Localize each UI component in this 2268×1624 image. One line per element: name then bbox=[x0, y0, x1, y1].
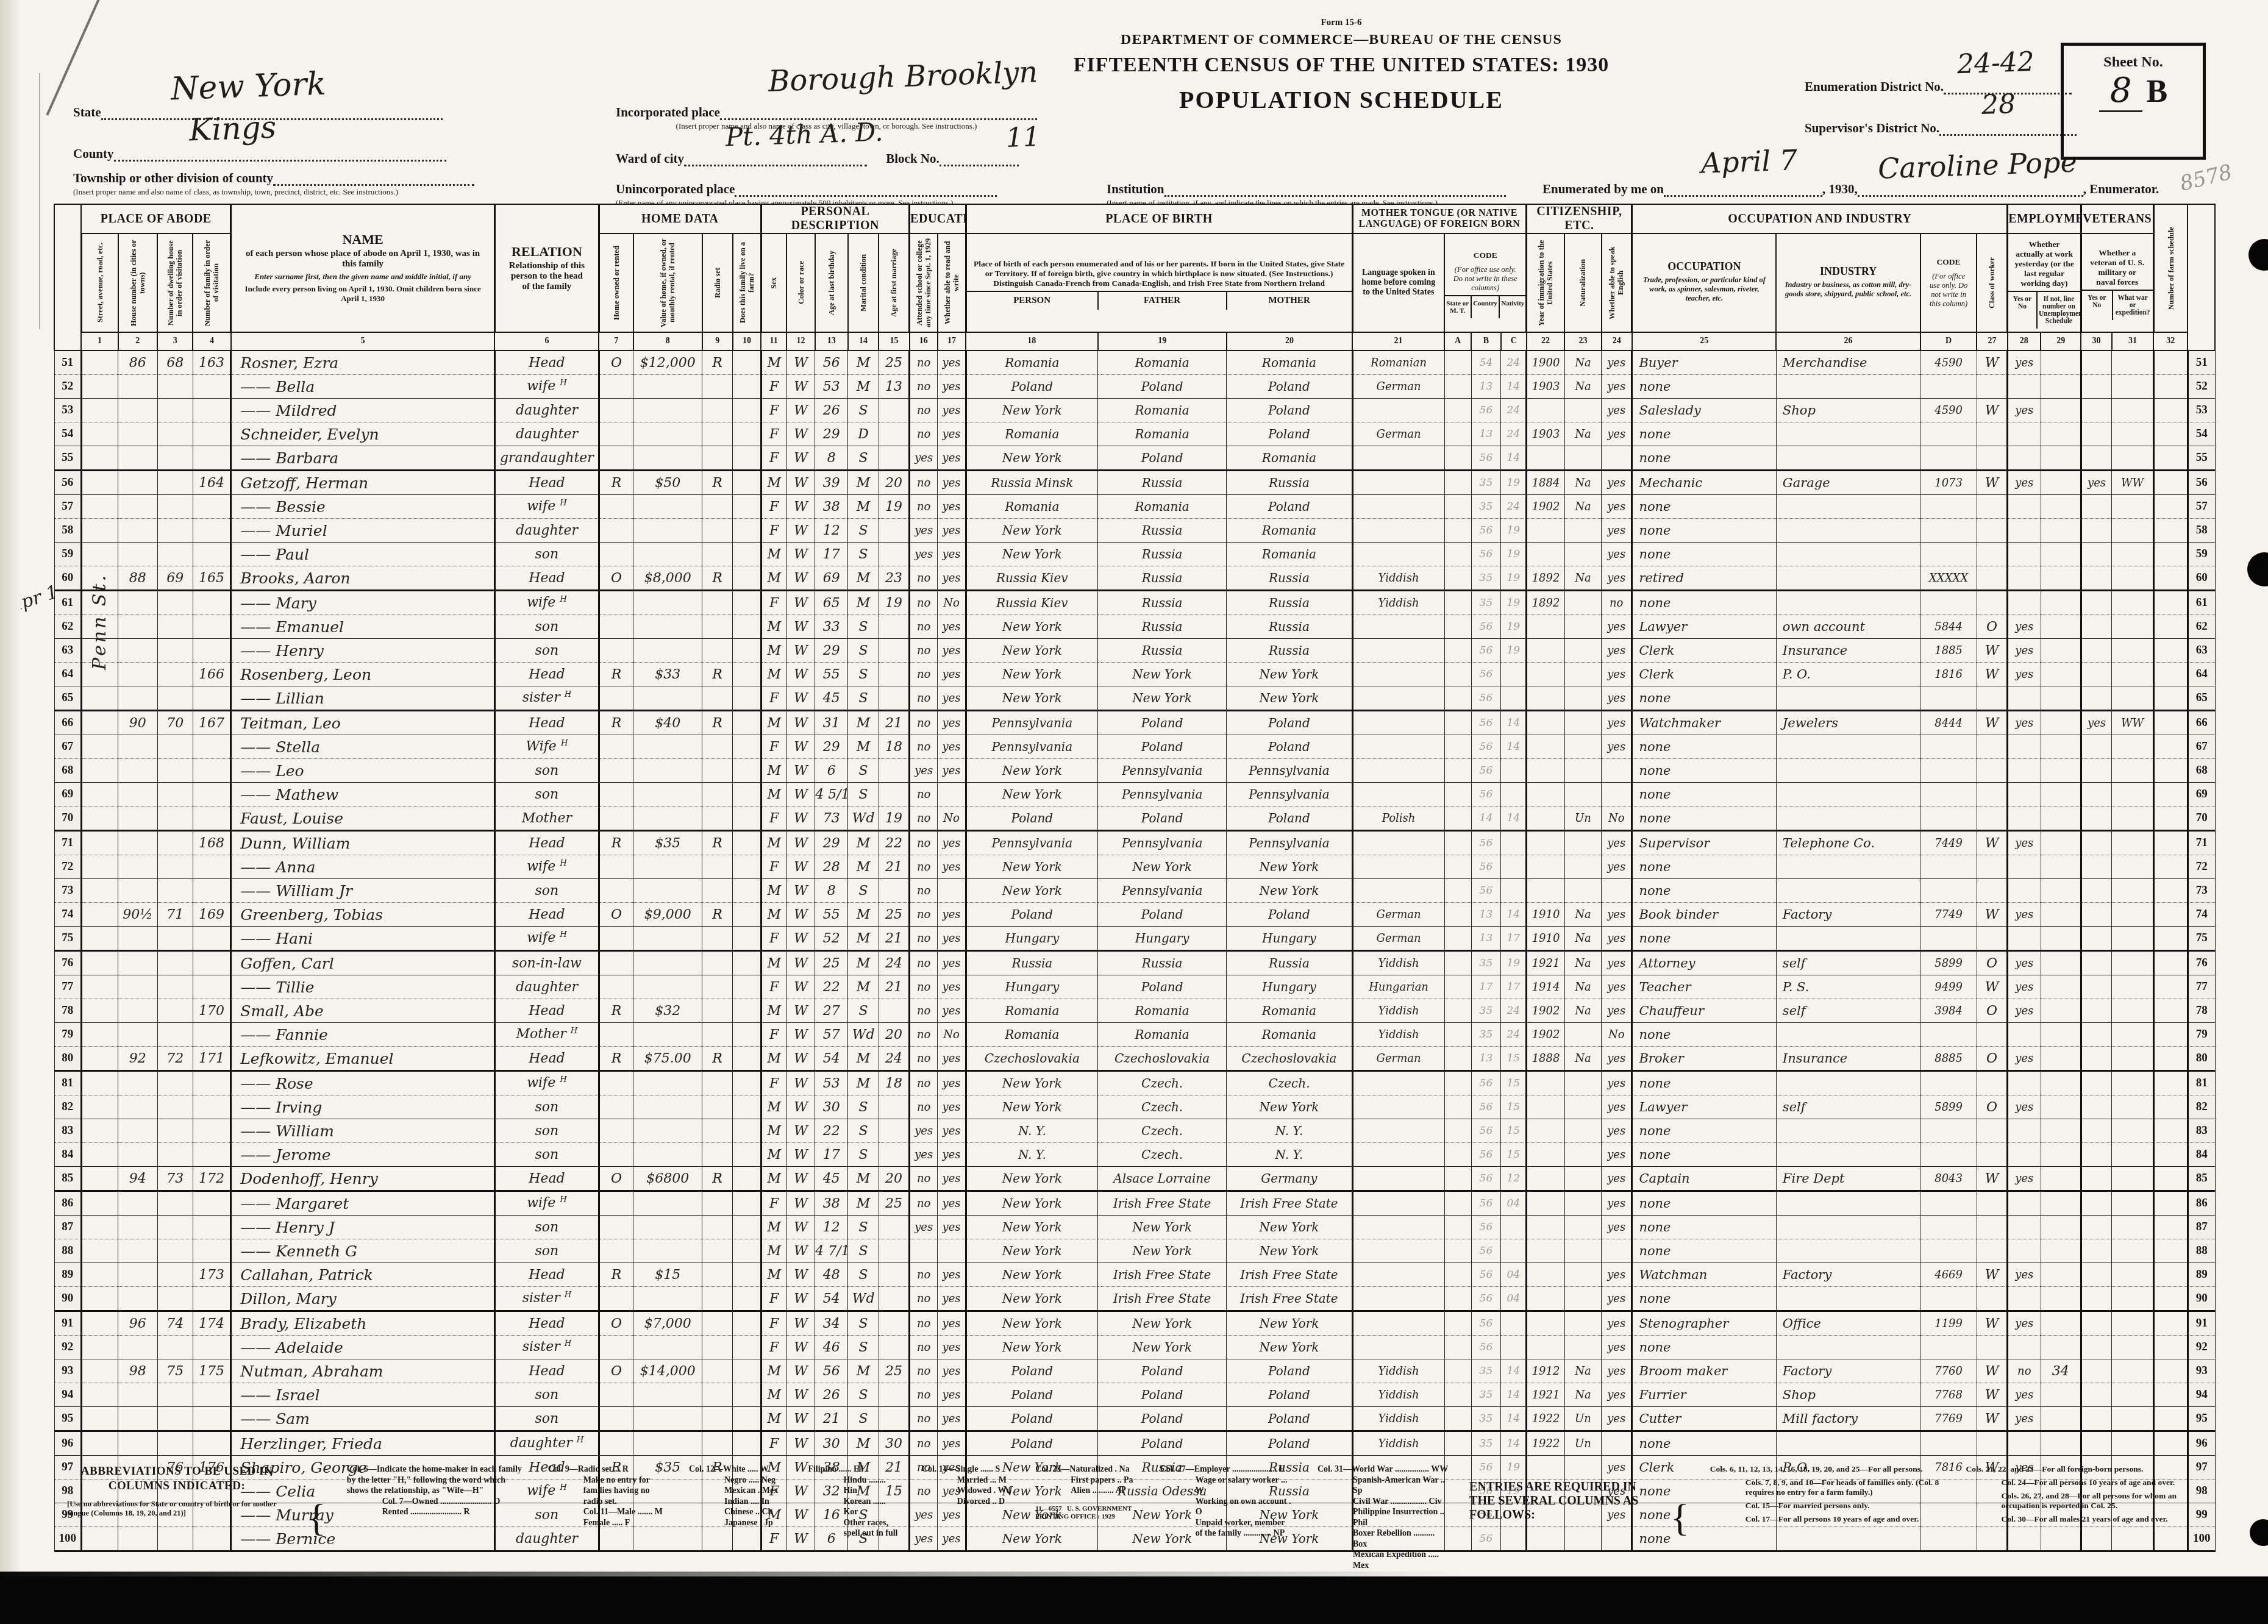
cell-read-write: yes bbox=[938, 543, 966, 566]
line-number: 94 bbox=[54, 1383, 81, 1407]
cell-war bbox=[2112, 927, 2153, 951]
cell-code-b: 56 bbox=[1471, 615, 1500, 639]
cell-war bbox=[2112, 1287, 2153, 1311]
cell-code-b: 35 bbox=[1471, 566, 1500, 591]
cell-house-number bbox=[118, 1239, 157, 1263]
cell-birthplace: New York bbox=[966, 1167, 1097, 1191]
cell-war bbox=[2112, 686, 2153, 711]
cell-code-c: 12 bbox=[1501, 1167, 1527, 1191]
cell-code-b: 56 bbox=[1471, 399, 1500, 422]
cell-street bbox=[81, 1191, 118, 1216]
cell-farm bbox=[733, 1191, 761, 1216]
cell-age: 22 bbox=[815, 975, 848, 999]
cell-farm bbox=[733, 807, 761, 831]
cell-naturalization bbox=[1564, 591, 1601, 615]
cell-code-c: 14 bbox=[1501, 735, 1527, 759]
cell-sex: M bbox=[761, 639, 786, 663]
cell-radio bbox=[702, 639, 733, 663]
cell-father-birthplace: Romania bbox=[1098, 495, 1227, 519]
cell-occupation-code bbox=[1920, 495, 1977, 519]
cell-relation: daughter bbox=[494, 399, 599, 422]
cell-speaks-english: yes bbox=[1602, 1287, 1632, 1311]
cell-age: 38 bbox=[815, 495, 848, 519]
cell-code-a bbox=[1444, 663, 1471, 686]
cell-marital: S bbox=[848, 759, 879, 783]
cell-farm bbox=[733, 1359, 761, 1383]
line-number: 76 bbox=[54, 951, 81, 975]
cell-war bbox=[2112, 1383, 2153, 1407]
line-number: 67 bbox=[54, 735, 81, 759]
cell-code-c bbox=[1501, 1336, 1527, 1359]
cell-code-c: 19 bbox=[1501, 519, 1527, 543]
cell-relation: Head bbox=[494, 831, 599, 855]
cell-worker-class bbox=[1977, 879, 2007, 903]
cell-speaks-english: yes bbox=[1602, 1383, 1632, 1407]
cell-relation: wife H bbox=[494, 375, 599, 399]
cell-family-number bbox=[193, 783, 230, 807]
cell-school: no bbox=[910, 471, 938, 495]
cell-veteran bbox=[2081, 1216, 2111, 1239]
cell-sex: M bbox=[761, 999, 786, 1023]
cell-school: no bbox=[910, 663, 938, 686]
cell-farm-schedule bbox=[2153, 1311, 2188, 1336]
cell-family-number: 175 bbox=[193, 1359, 230, 1383]
cell-radio bbox=[702, 1095, 733, 1119]
cell-worker-class: W bbox=[1977, 1407, 2007, 1431]
cell-code-b: 56 bbox=[1471, 1143, 1500, 1167]
cell-dwelling-number: 72 bbox=[157, 1047, 193, 1071]
abbrev-col12b: Filipino ...... FilHindu ........ HinKor… bbox=[808, 1464, 900, 1571]
cell-occupation-code bbox=[1920, 1287, 1977, 1311]
cell-immigration-year bbox=[1527, 735, 1564, 759]
line-number-right: 96 bbox=[2188, 1431, 2215, 1456]
cell-code-b: 56 bbox=[1471, 879, 1500, 903]
cell-naturalization bbox=[1564, 615, 1601, 639]
cell-farm bbox=[733, 422, 761, 446]
cell-birthplace: New York bbox=[966, 399, 1097, 422]
schedule-row-69: 69—— MathewsonMW4 5/12SnoNew YorkPennsyl… bbox=[54, 783, 2215, 807]
cell-home-value: $12,000 bbox=[633, 351, 702, 375]
cell-unemployment-line bbox=[2041, 759, 2081, 783]
cell-naturalization: Un bbox=[1564, 1431, 1601, 1456]
cell-relation: son bbox=[494, 1095, 599, 1119]
cell-at-work: yes bbox=[2008, 903, 2041, 927]
cell-immigration-year bbox=[1527, 759, 1564, 783]
cell-age: 33 bbox=[815, 615, 848, 639]
cell-veteran bbox=[2081, 1143, 2111, 1167]
cell-naturalization bbox=[1564, 759, 1601, 783]
column-number-13: 13 bbox=[815, 332, 848, 351]
schedule-row-55: 55—— BarbaragrandaughterFW8SyesyesNew Yo… bbox=[54, 446, 2215, 471]
cell-home-value bbox=[633, 927, 702, 951]
cell-radio bbox=[702, 1431, 733, 1456]
cell-marital: S bbox=[848, 1119, 879, 1143]
footer-line: Cols. 7, 8, 9, and 10—For heads of famil… bbox=[1710, 1478, 1945, 1497]
footer-line: Hindu ........ Hin bbox=[808, 1475, 900, 1497]
cell-age: 26 bbox=[815, 399, 848, 422]
cell-code-c: 15 bbox=[1501, 1095, 1527, 1119]
cell-occupation: Watchman bbox=[1632, 1263, 1776, 1287]
cell-industry bbox=[1776, 927, 1920, 951]
ed-value: 24-42 bbox=[1956, 46, 2035, 80]
line-number-right: 75 bbox=[2188, 927, 2215, 951]
cell-war bbox=[2112, 975, 2153, 999]
cell-owned-rented bbox=[599, 855, 633, 879]
cell-worker-class: W bbox=[1977, 711, 2007, 735]
cell-code-c: 04 bbox=[1501, 1287, 1527, 1311]
cell-code-c: 14 bbox=[1501, 1383, 1527, 1407]
cell-home-value bbox=[633, 1119, 702, 1143]
cell-mother-birthplace: Poland bbox=[1227, 1407, 1352, 1431]
line-number: 65 bbox=[54, 686, 81, 711]
cell-school: no bbox=[910, 686, 938, 711]
schedule-row-57: 57—— Bessiewife HFW38M19noyesRomaniaRoma… bbox=[54, 495, 2215, 519]
cell-mother-tongue bbox=[1352, 543, 1444, 566]
cell-race: W bbox=[786, 519, 815, 543]
column-number-23: 23 bbox=[1564, 332, 1601, 351]
cell-marital: S bbox=[848, 543, 879, 566]
cell-industry bbox=[1776, 1119, 1920, 1143]
cell-veteran bbox=[2081, 735, 2111, 759]
cell-street bbox=[81, 879, 118, 903]
schedule-row-54: 54Schneider, EvelyndaughterFW29DnoyesRom… bbox=[54, 422, 2215, 446]
cell-age-married: 19 bbox=[879, 495, 909, 519]
cell-house-number bbox=[118, 543, 157, 566]
cell-occupation-code: 1816 bbox=[1920, 663, 1977, 686]
cell-speaks-english: yes bbox=[1602, 495, 1632, 519]
cell-immigration-year bbox=[1527, 1071, 1564, 1095]
cell-radio bbox=[702, 1191, 733, 1216]
cell-speaks-english: yes bbox=[1602, 615, 1632, 639]
cell-occupation-code bbox=[1920, 927, 1977, 951]
col-A-header: State or M. T. bbox=[1445, 296, 1471, 318]
cell-occupation: none bbox=[1632, 1431, 1776, 1456]
cell-read-write: yes bbox=[938, 495, 966, 519]
cell-sex: F bbox=[761, 399, 786, 422]
cell-farm-schedule bbox=[2153, 422, 2188, 446]
cell-school: yes bbox=[910, 1216, 938, 1239]
line-number-right: 68 bbox=[2188, 759, 2215, 783]
cell-war bbox=[2112, 1071, 2153, 1095]
cell-read-write: No bbox=[938, 1023, 966, 1047]
cell-mother-birthplace: Romania bbox=[1227, 446, 1352, 471]
cell-mother-birthplace: New York bbox=[1227, 686, 1352, 711]
cell-veteran bbox=[2081, 975, 2111, 999]
cell-dwelling-number bbox=[157, 1239, 193, 1263]
cell-race: W bbox=[786, 663, 815, 686]
column-number-9: 9 bbox=[702, 332, 733, 351]
cell-at-work: yes bbox=[2008, 1311, 2041, 1336]
footer-line: Unpaid worker, member bbox=[1160, 1518, 1297, 1529]
cell-street bbox=[81, 591, 118, 615]
cell-race: W bbox=[786, 399, 815, 422]
schedule-row-52: 52—— Bellawife HFW53M13noyesPolandPoland… bbox=[54, 375, 2215, 399]
cell-code-c bbox=[1501, 663, 1527, 686]
cell-at-work: yes bbox=[2008, 831, 2041, 855]
cell-age-married: 20 bbox=[879, 1167, 909, 1191]
line-number: 96 bbox=[54, 1431, 81, 1456]
cell-dwelling-number bbox=[157, 999, 193, 1023]
line-number: 74 bbox=[54, 903, 81, 927]
cell-house-number: 94 bbox=[118, 1167, 157, 1191]
cell-age-married bbox=[879, 999, 909, 1023]
cell-naturalization bbox=[1564, 711, 1601, 735]
cell-age: 29 bbox=[815, 831, 848, 855]
cell-sex: M bbox=[761, 1119, 786, 1143]
cell-mother-tongue bbox=[1352, 759, 1444, 783]
cell-mother-birthplace: Russia bbox=[1227, 566, 1352, 591]
line-number-right: 77 bbox=[2188, 975, 2215, 999]
cell-house-number bbox=[118, 663, 157, 686]
cell-mother-tongue: Yiddish bbox=[1352, 1431, 1444, 1456]
cell-industry: self bbox=[1776, 951, 1920, 975]
cell-relation: son bbox=[494, 759, 599, 783]
cell-war bbox=[2112, 783, 2153, 807]
cell-race: W bbox=[786, 615, 815, 639]
cell-age-married bbox=[879, 663, 909, 686]
cell-home-value bbox=[633, 446, 702, 471]
cell-birthplace: New York bbox=[966, 1336, 1097, 1359]
line-number-right: 83 bbox=[2188, 1119, 2215, 1143]
line-number: 93 bbox=[54, 1359, 81, 1383]
cell-worker-class bbox=[1977, 1143, 2007, 1167]
cell-birthplace: New York bbox=[966, 639, 1097, 663]
cell-occupation: Watchmaker bbox=[1632, 711, 1776, 735]
cell-occupation-code bbox=[1920, 446, 1977, 471]
cell-worker-class bbox=[1977, 927, 2007, 951]
cell-code-a bbox=[1444, 615, 1471, 639]
cell-code-a bbox=[1444, 495, 1471, 519]
cell-birthplace: New York bbox=[966, 1191, 1097, 1216]
cell-school: no bbox=[910, 975, 938, 999]
cell-speaks-english: yes bbox=[1602, 1167, 1632, 1191]
cell-father-birthplace: Pennsylvania bbox=[1098, 879, 1227, 903]
cell-marital: S bbox=[848, 446, 879, 471]
cell-dwelling-number bbox=[157, 759, 193, 783]
cell-mother-tongue bbox=[1352, 1095, 1444, 1119]
cell-radio bbox=[702, 1311, 733, 1336]
cell-race: W bbox=[786, 1191, 815, 1216]
cell-street bbox=[81, 1263, 118, 1287]
cell-race: W bbox=[786, 543, 815, 566]
cell-relation: Head bbox=[494, 566, 599, 591]
cell-read-write: yes bbox=[938, 1047, 966, 1071]
line-number: 57 bbox=[54, 495, 81, 519]
cell-occupation: none bbox=[1632, 686, 1776, 711]
cell-mother-birthplace: Romania bbox=[1227, 1023, 1352, 1047]
cell-family-number bbox=[193, 1071, 230, 1095]
cell-dwelling-number bbox=[157, 471, 193, 495]
cell-relation: Head bbox=[494, 1167, 599, 1191]
cell-birthplace: New York bbox=[966, 783, 1097, 807]
cell-immigration-year bbox=[1527, 1336, 1564, 1359]
cell-worker-class bbox=[1977, 591, 2007, 615]
col-11-header: Sex bbox=[761, 233, 786, 332]
cell-sex: F bbox=[761, 1336, 786, 1359]
cell-father-birthplace: New York bbox=[1098, 1311, 1227, 1336]
schedule-row-94: 94—— IsraelsonMW26SnoyesPolandPolandPola… bbox=[54, 1383, 2215, 1407]
schedule-row-92: 92—— Adelaidesister HFW46SnoyesNew YorkN… bbox=[54, 1336, 2215, 1359]
cell-war bbox=[2112, 903, 2153, 927]
cell-sex: M bbox=[761, 951, 786, 975]
line-number-right: 52 bbox=[2188, 375, 2215, 399]
cell-code-c: 15 bbox=[1501, 1119, 1527, 1143]
cell-birthplace: New York bbox=[966, 663, 1097, 686]
column-number-20: 20 bbox=[1227, 332, 1352, 351]
cell-code-b: 56 bbox=[1471, 663, 1500, 686]
cell-birthplace: New York bbox=[966, 1095, 1097, 1119]
cell-farm bbox=[733, 1287, 761, 1311]
line-number-right: 67 bbox=[2188, 735, 2215, 759]
cell-street bbox=[81, 855, 118, 879]
cell-read-write bbox=[938, 783, 966, 807]
cell-worker-class: W bbox=[1977, 399, 2007, 422]
cell-mother-birthplace: New York bbox=[1227, 1095, 1352, 1119]
cell-industry bbox=[1776, 422, 1920, 446]
col-18-header: PERSON bbox=[967, 292, 1097, 310]
cell-farm-schedule bbox=[2153, 1167, 2188, 1191]
cell-sex: F bbox=[761, 927, 786, 951]
cell-veteran bbox=[2081, 999, 2111, 1023]
cell-owned-rented bbox=[599, 399, 633, 422]
cell-marital: S bbox=[848, 879, 879, 903]
line-number-right: 65 bbox=[2188, 686, 2215, 711]
cell-mother-birthplace: Poland bbox=[1227, 1359, 1352, 1383]
cell-school: no bbox=[910, 1383, 938, 1407]
schedule-row-77: 77—— TilliedaughterFW22M21noyesHungaryPo… bbox=[54, 975, 2215, 999]
cell-occupation: Saleslady bbox=[1632, 399, 1776, 422]
cell-race: W bbox=[786, 1047, 815, 1071]
cell-name: —— Mildred bbox=[231, 399, 495, 422]
cell-home-value bbox=[633, 951, 702, 975]
cell-immigration-year: 1902 bbox=[1527, 495, 1564, 519]
cell-occupation: none bbox=[1632, 422, 1776, 446]
cell-house-number bbox=[118, 471, 157, 495]
cell-unemployment-line bbox=[2041, 783, 2081, 807]
cell-occupation: Lawyer bbox=[1632, 1095, 1776, 1119]
cell-occupation: none bbox=[1632, 1071, 1776, 1095]
cell-speaks-english: yes bbox=[1602, 543, 1632, 566]
cell-name: —— Tillie bbox=[231, 975, 495, 999]
cell-family-number: 174 bbox=[193, 1311, 230, 1336]
cell-speaks-english: yes bbox=[1602, 735, 1632, 759]
cell-radio bbox=[702, 1383, 733, 1407]
line-number: 51 bbox=[54, 351, 81, 375]
cell-father-birthplace: Pennsylvania bbox=[1098, 759, 1227, 783]
cell-father-birthplace: Poland bbox=[1098, 807, 1227, 831]
cell-race: W bbox=[786, 422, 815, 446]
schedule-row-60: 608869165Brooks, AaronHeadO$8,000RMW69M2… bbox=[54, 566, 2215, 591]
cell-house-number: 92 bbox=[118, 1047, 157, 1071]
cell-name: Goffen, Carl bbox=[231, 951, 495, 975]
schedule-row-75: 75—— Haniwife HFW52M21noyesHungaryHungar… bbox=[54, 927, 2215, 951]
cell-relation: son bbox=[494, 1407, 599, 1431]
cell-code-c: 19 bbox=[1501, 471, 1527, 495]
cell-owned-rented: R bbox=[599, 663, 633, 686]
cell-unemployment-line bbox=[2041, 543, 2081, 566]
cell-read-write: yes bbox=[938, 1216, 966, 1239]
cell-code-b: 35 bbox=[1471, 1023, 1500, 1047]
cell-code-b: 13 bbox=[1471, 903, 1500, 927]
cell-owned-rented bbox=[599, 1023, 633, 1047]
cell-occupation: none bbox=[1632, 759, 1776, 783]
footer-abbreviations: ABBREVIATIONS TO BE USED IN COLUMNS INDI… bbox=[67, 1464, 2201, 1571]
cell-code-b: 54 bbox=[1471, 351, 1500, 375]
cell-farm-schedule bbox=[2153, 375, 2188, 399]
footer-line: Col. 12—White ..... W bbox=[689, 1464, 787, 1475]
cell-industry: Merchandise bbox=[1776, 351, 1920, 375]
cell-family-number: 166 bbox=[193, 663, 230, 686]
cell-read-write: yes bbox=[938, 1143, 966, 1167]
cell-school: no bbox=[910, 999, 938, 1023]
footer-line: Mexican . Mex bbox=[689, 1486, 787, 1497]
cell-worker-class bbox=[1977, 735, 2007, 759]
cell-code-c: 14 bbox=[1501, 446, 1527, 471]
cell-age-married bbox=[879, 399, 909, 422]
cell-worker-class bbox=[1977, 566, 2007, 591]
cell-mother-birthplace: New York bbox=[1227, 1311, 1352, 1336]
cell-worker-class bbox=[1977, 1216, 2007, 1239]
cell-name: Callahan, Patrick bbox=[231, 1263, 495, 1287]
cell-name: —— William bbox=[231, 1119, 495, 1143]
cell-veteran bbox=[2081, 1023, 2111, 1047]
cell-industry: Shop bbox=[1776, 399, 1920, 422]
cell-naturalization bbox=[1564, 1143, 1601, 1167]
cell-code-b: 56 bbox=[1471, 543, 1500, 566]
cell-age-married: 13 bbox=[879, 375, 909, 399]
cell-occupation-code bbox=[1920, 855, 1977, 879]
cell-occupation: none bbox=[1632, 1143, 1776, 1167]
cell-code-b: 56 bbox=[1471, 831, 1500, 855]
cell-naturalization bbox=[1564, 1095, 1601, 1119]
cell-at-work: yes bbox=[2008, 1263, 2041, 1287]
cell-naturalization: Na bbox=[1564, 975, 1601, 999]
cell-race: W bbox=[786, 686, 815, 711]
schedule-row-56: 56164Getzoff, HermanHeadR$50RMW39M20noye… bbox=[54, 471, 2215, 495]
abbrev-col9: Col. 9—Radio set ... RMake no entry for … bbox=[548, 1464, 668, 1571]
cell-occupation-code bbox=[1920, 686, 1977, 711]
cell-home-value bbox=[633, 1431, 702, 1456]
cell-farm-schedule bbox=[2153, 519, 2188, 543]
cell-birthplace: Romania bbox=[966, 1023, 1097, 1047]
cell-naturalization: Na bbox=[1564, 1359, 1601, 1383]
cell-mother-birthplace: New York bbox=[1227, 1239, 1352, 1263]
cell-race: W bbox=[786, 375, 815, 399]
cell-code-c: 15 bbox=[1501, 1071, 1527, 1095]
cell-father-birthplace: Russia bbox=[1098, 471, 1227, 495]
cell-worker-class: W bbox=[1977, 663, 2007, 686]
cell-worker-class bbox=[1977, 1336, 2007, 1359]
cell-mother-tongue bbox=[1352, 1336, 1444, 1359]
cell-father-birthplace: Czechoslovakia bbox=[1098, 1047, 1227, 1071]
cell-owned-rented bbox=[599, 807, 633, 831]
cell-industry bbox=[1776, 1431, 1920, 1456]
column-number-2: 2 bbox=[118, 332, 157, 351]
cell-at-work: yes bbox=[2008, 471, 2041, 495]
cell-worker-class bbox=[1977, 1023, 2007, 1047]
cell-name: —— Margaret bbox=[231, 1191, 495, 1216]
cell-sex: F bbox=[761, 1287, 786, 1311]
cell-war bbox=[2112, 1263, 2153, 1287]
cell-unemployment-line bbox=[2041, 446, 2081, 471]
cell-veteran bbox=[2081, 1263, 2111, 1287]
cell-immigration-year bbox=[1527, 399, 1564, 422]
cell-radio bbox=[702, 1143, 733, 1167]
cell-code-b: 56 bbox=[1471, 1216, 1500, 1239]
cell-code-a bbox=[1444, 639, 1471, 663]
cell-naturalization bbox=[1564, 686, 1601, 711]
cell-father-birthplace: Poland bbox=[1098, 903, 1227, 927]
